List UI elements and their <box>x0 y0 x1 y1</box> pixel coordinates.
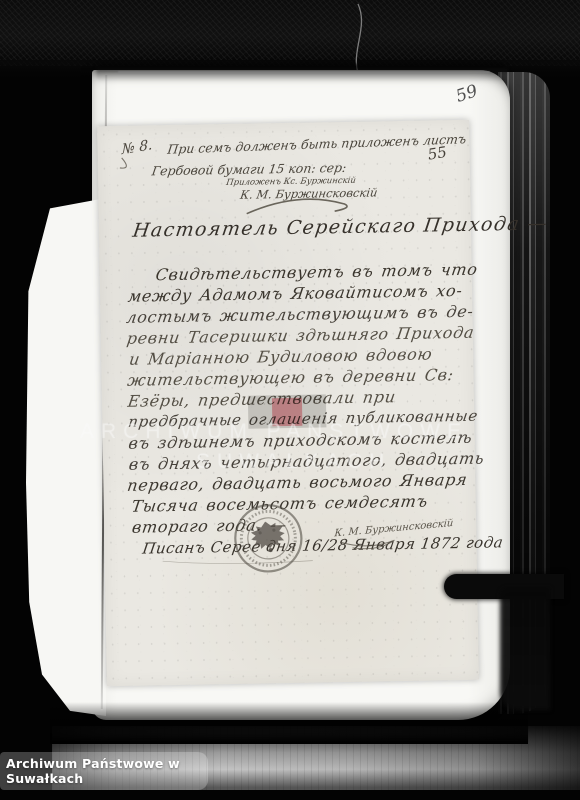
ink-flourishes <box>97 120 479 686</box>
page-top-smudge <box>96 64 508 82</box>
page-top-edge-line <box>118 71 490 73</box>
page-fold-edge <box>26 198 106 716</box>
page-bottom-shadow <box>50 702 528 744</box>
archive-watermark-band: Archiwum Państwowe w Suwałkach <box>0 752 208 790</box>
book-cover-top-edge <box>0 0 580 66</box>
center-watermark-line1: ARCHIWUM PAŃSTWOWE <box>80 420 468 444</box>
archive-watermark-label: Archiwum Państwowe w Suwałkach <box>0 756 208 786</box>
archival-photo: 59 № 8. При семъ долженъ быть приложенъ … <box>0 0 580 800</box>
center-watermark-line2: SUWAŁKACH <box>196 450 391 474</box>
edge-shadow <box>500 588 550 710</box>
document-sheet: № 8. При семъ долженъ быть приложенъ лис… <box>97 120 479 686</box>
